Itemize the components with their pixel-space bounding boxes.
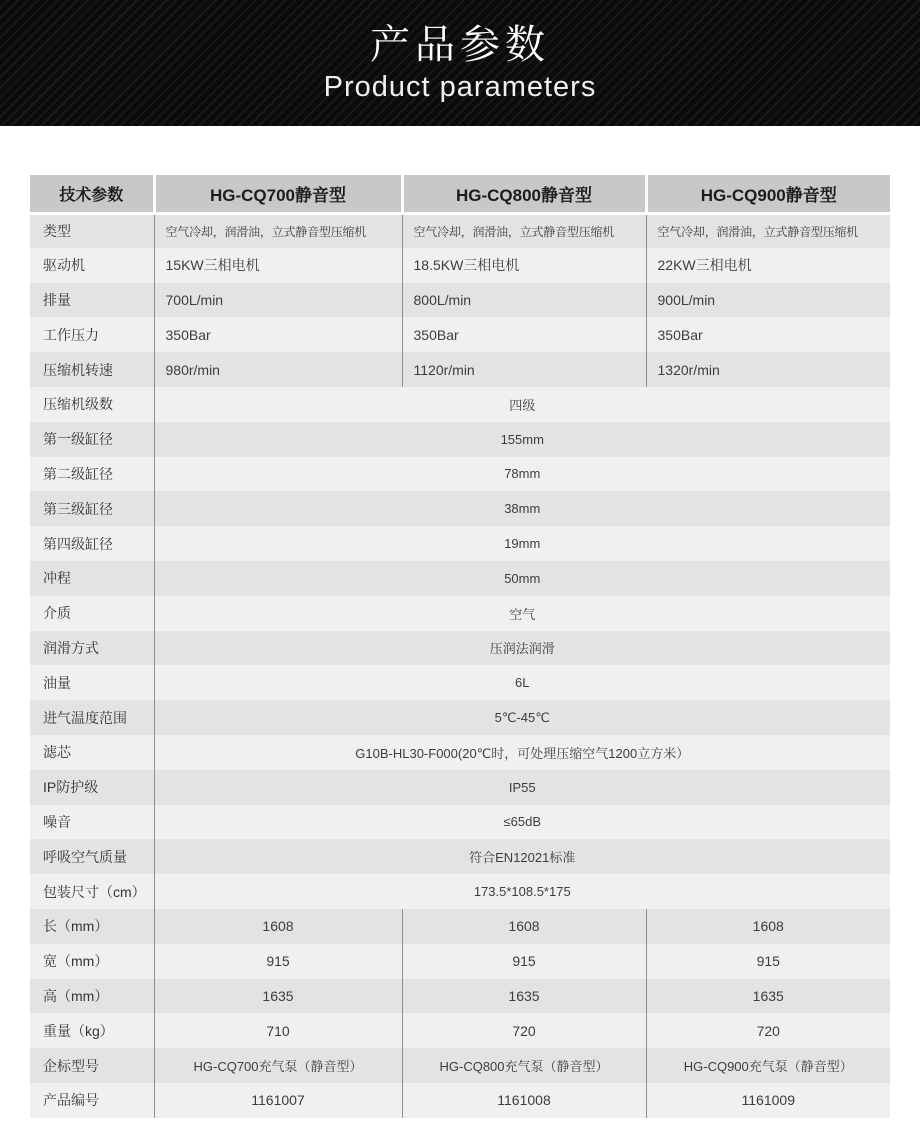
- row-value-merged: 78mm: [154, 457, 890, 492]
- header-cell-params: 技术参数: [30, 175, 154, 213]
- table-row: 油量6L: [30, 665, 890, 700]
- table-row: 重量（kg）710720720: [30, 1013, 890, 1048]
- table-row: 包装尺寸（cm）173.5*108.5*175: [30, 874, 890, 909]
- row-value: 1635: [402, 979, 646, 1014]
- row-value: 915: [646, 944, 890, 979]
- row-value-merged: 50mm: [154, 561, 890, 596]
- row-label: 驱动机: [30, 248, 154, 283]
- row-value: 1161007: [154, 1083, 402, 1118]
- row-value: 700L/min: [154, 283, 402, 318]
- row-value: 1161008: [402, 1083, 646, 1118]
- row-value-merged: 38mm: [154, 491, 890, 526]
- row-value: HG-CQ900充气泵（静音型）: [646, 1048, 890, 1083]
- table-row: 产品编号116100711610081161009: [30, 1083, 890, 1118]
- row-value: 1608: [402, 909, 646, 944]
- row-value: 空气冷却，润滑油，立式静音型压缩机: [154, 213, 402, 248]
- table-row: 进气温度范围5℃-45℃: [30, 700, 890, 735]
- row-label: 进气温度范围: [30, 700, 154, 735]
- table-row: 第四级缸径19mm: [30, 526, 890, 561]
- table-row: 噪音≤65dB: [30, 805, 890, 840]
- row-label: 长（mm）: [30, 909, 154, 944]
- row-value-merged: 符合EN12021标准: [154, 839, 890, 874]
- table-row: 长（mm）160816081608: [30, 909, 890, 944]
- row-label: 类型: [30, 213, 154, 248]
- table-row: 滤芯G10B-HL30-F000(20℃时，可处理压缩空气1200立方米）: [30, 735, 890, 770]
- table-header-row: 技术参数 HG-CQ700静音型 HG-CQ800静音型 HG-CQ900静音型: [30, 175, 890, 213]
- row-value-merged: 155mm: [154, 422, 890, 457]
- row-value: 720: [402, 1013, 646, 1048]
- row-value: 980r/min: [154, 352, 402, 387]
- spec-table-body: 类型空气冷却，润滑油，立式静音型压缩机空气冷却，润滑油，立式静音型压缩机空气冷却…: [30, 213, 890, 1118]
- row-value-merged: 空气: [154, 596, 890, 631]
- row-label: 包装尺寸（cm）: [30, 874, 154, 909]
- row-value: 350Bar: [154, 317, 402, 352]
- banner: 产品参数 Product parameters: [0, 0, 920, 126]
- banner-title-zh: 产品参数: [370, 23, 550, 67]
- header-cell-model-800: HG-CQ800静音型: [402, 175, 646, 213]
- table-row: 介质空气: [30, 596, 890, 631]
- row-value-merged: 四级: [154, 387, 890, 422]
- row-label: 润滑方式: [30, 631, 154, 666]
- table-row: 工作压力350Bar350Bar350Bar: [30, 317, 890, 352]
- row-label: 油量: [30, 665, 154, 700]
- row-value: 15KW三相电机: [154, 248, 402, 283]
- table-row: 第三级缸径38mm: [30, 491, 890, 526]
- row-value: HG-CQ700充气泵（静音型）: [154, 1048, 402, 1083]
- row-value: 915: [154, 944, 402, 979]
- row-value: 710: [154, 1013, 402, 1048]
- row-label: 介质: [30, 596, 154, 631]
- row-value: 350Bar: [402, 317, 646, 352]
- table-row: 润滑方式压润法润滑: [30, 631, 890, 666]
- row-label: 第三级缸径: [30, 491, 154, 526]
- row-value-merged: 6L: [154, 665, 890, 700]
- row-value: 1320r/min: [646, 352, 890, 387]
- table-row: IP防护级IP55: [30, 770, 890, 805]
- row-value: 800L/min: [402, 283, 646, 318]
- row-value: 1635: [646, 979, 890, 1014]
- row-label: 呼吸空气质量: [30, 839, 154, 874]
- spec-table: 技术参数 HG-CQ700静音型 HG-CQ800静音型 HG-CQ900静音型…: [30, 175, 890, 1118]
- row-value-merged: 173.5*108.5*175: [154, 874, 890, 909]
- table-row: 宽（mm）915915915: [30, 944, 890, 979]
- table-row: 高（mm）163516351635: [30, 979, 890, 1014]
- row-value: 1608: [154, 909, 402, 944]
- row-value: 18.5KW三相电机: [402, 248, 646, 283]
- row-label: 第一级缸径: [30, 422, 154, 457]
- row-value-merged: G10B-HL30-F000(20℃时，可处理压缩空气1200立方米）: [154, 735, 890, 770]
- row-value: 1635: [154, 979, 402, 1014]
- row-label: 压缩机转速: [30, 352, 154, 387]
- table-row: 驱动机15KW三相电机18.5KW三相电机22KW三相电机: [30, 248, 890, 283]
- row-label: 滤芯: [30, 735, 154, 770]
- row-label: 噪音: [30, 805, 154, 840]
- row-value: 350Bar: [646, 317, 890, 352]
- row-value: HG-CQ800充气泵（静音型）: [402, 1048, 646, 1083]
- table-row: 冲程50mm: [30, 561, 890, 596]
- header-cell-model-700: HG-CQ700静音型: [154, 175, 402, 213]
- spec-table-container: 技术参数 HG-CQ700静音型 HG-CQ800静音型 HG-CQ900静音型…: [30, 175, 890, 1118]
- row-value: 1120r/min: [402, 352, 646, 387]
- table-row: 排量700L/min800L/min900L/min: [30, 283, 890, 318]
- row-value-merged: 压润法润滑: [154, 631, 890, 666]
- table-row: 呼吸空气质量符合EN12021标准: [30, 839, 890, 874]
- table-row: 类型空气冷却，润滑油，立式静音型压缩机空气冷却，润滑油，立式静音型压缩机空气冷却…: [30, 213, 890, 248]
- table-row: 第一级缸径155mm: [30, 422, 890, 457]
- row-label: 压缩机级数: [30, 387, 154, 422]
- row-label: 排量: [30, 283, 154, 318]
- table-row: 企标型号HG-CQ700充气泵（静音型）HG-CQ800充气泵（静音型）HG-C…: [30, 1048, 890, 1083]
- row-label: 宽（mm）: [30, 944, 154, 979]
- table-row: 压缩机转速980r/min1120r/min1320r/min: [30, 352, 890, 387]
- table-row: 压缩机级数四级: [30, 387, 890, 422]
- row-value: 720: [646, 1013, 890, 1048]
- row-value: 空气冷却，润滑油，立式静音型压缩机: [402, 213, 646, 248]
- row-value: 900L/min: [646, 283, 890, 318]
- row-label: 企标型号: [30, 1048, 154, 1083]
- banner-title-en: Product parameters: [324, 71, 597, 104]
- row-value: 空气冷却，润滑油，立式静音型压缩机: [646, 213, 890, 248]
- row-value-merged: ≤65dB: [154, 805, 890, 840]
- row-label: 工作压力: [30, 317, 154, 352]
- row-label: 冲程: [30, 561, 154, 596]
- row-label: 第四级缸径: [30, 526, 154, 561]
- row-label: 高（mm）: [30, 979, 154, 1014]
- row-value: 1161009: [646, 1083, 890, 1118]
- row-value: 915: [402, 944, 646, 979]
- row-value-merged: 19mm: [154, 526, 890, 561]
- header-cell-model-900: HG-CQ900静音型: [646, 175, 890, 213]
- row-value-merged: IP55: [154, 770, 890, 805]
- row-label: 第二级缸径: [30, 457, 154, 492]
- table-row: 第二级缸径78mm: [30, 457, 890, 492]
- row-value: 1608: [646, 909, 890, 944]
- row-label: 产品编号: [30, 1083, 154, 1118]
- row-value-merged: 5℃-45℃: [154, 700, 890, 735]
- row-value: 22KW三相电机: [646, 248, 890, 283]
- row-label: IP防护级: [30, 770, 154, 805]
- row-label: 重量（kg）: [30, 1013, 154, 1048]
